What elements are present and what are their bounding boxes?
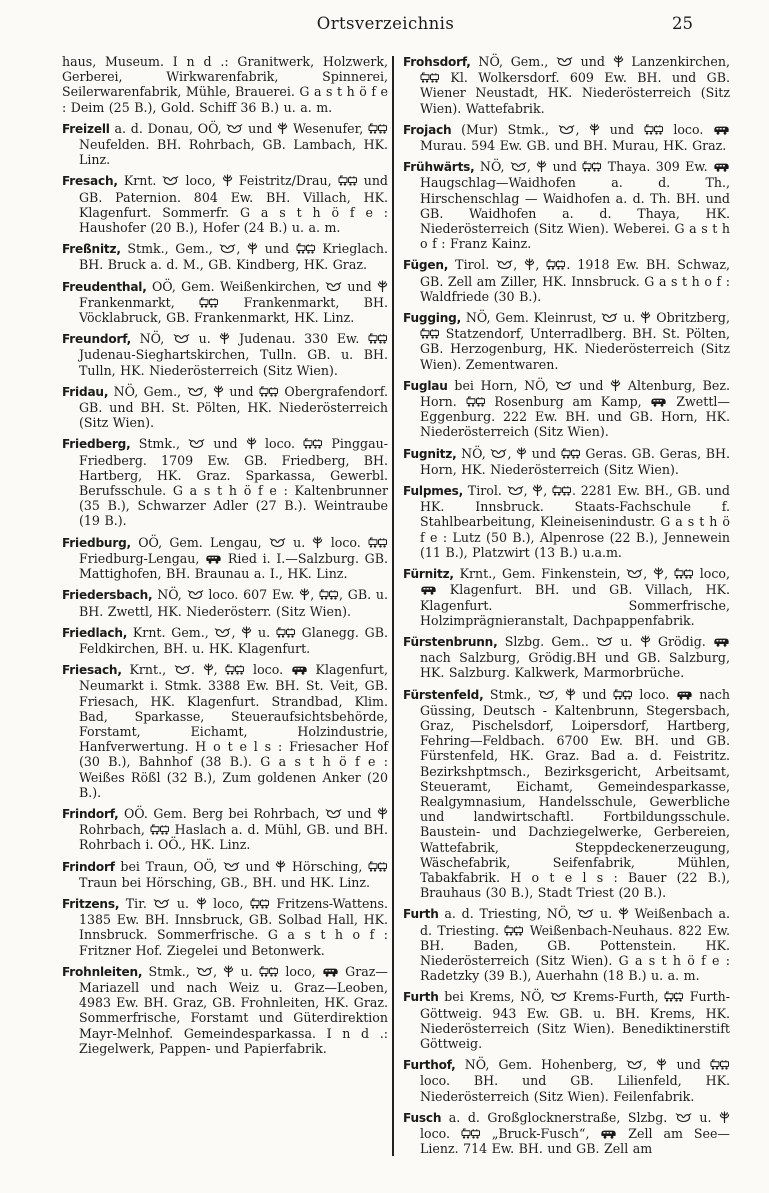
telegraph-icon [610,379,621,391]
railway-station-icon [546,259,566,270]
page-title: Ortsverzeichnis [317,14,454,33]
entry-headword: Furth [403,907,439,921]
entry-headword: Friedersbach, [62,588,152,602]
telegraph-icon [223,965,234,977]
railway-station-icon [303,438,323,449]
post-horn-icon [626,1059,643,1070]
entry-headword: Fresach, [62,174,118,188]
entry-headword: Fulpmes, [403,484,463,498]
bus-line-icon [713,637,730,647]
entry-headword: Fürstenbrunn, [403,635,497,649]
railway-station-icon [225,664,245,675]
post-horn-icon [187,386,204,397]
entry-headword: Frindorf [62,860,115,874]
railway-station-icon [338,175,358,186]
telegraph-icon [653,567,664,579]
railway-station-icon [368,123,388,134]
page-header: Ortsverzeichnis 25 [62,12,733,38]
entry-headword: Freizell [62,122,110,136]
railway-station-icon [710,1059,730,1070]
post-horn-icon [226,123,243,134]
telegraph-icon [613,55,624,67]
railway-station-icon [368,861,388,872]
telegraph-icon [719,1111,730,1123]
railway-station-icon [582,161,602,172]
telegraph-icon [247,242,258,254]
directory-entry: Fulpmes, Tirol. , , . 2281 Ew. BH., GB. … [403,483,730,560]
telegraph-icon [524,258,535,270]
post-horn-icon [325,281,342,292]
post-horn-icon [596,636,613,647]
bus-line-icon [713,125,730,135]
entry-headword: Frojach [403,123,451,137]
directory-entry: Fügen, Tirol. , , . 1918 Ew. BH. Schwaz,… [403,257,730,304]
telegraph-icon [222,174,233,186]
telegraph-icon [640,635,651,647]
directory-entry: Furth bei Krems, NÖ, Krems-Furth, Furth-… [403,989,730,1051]
railway-station-icon [664,991,684,1002]
telegraph-icon [196,897,207,909]
entry-headword: Fügen, [403,258,448,272]
post-horn-icon [153,898,170,909]
entry-headword: Fridau, [62,385,108,399]
railway-station-icon [150,824,170,835]
post-horn-icon [556,56,573,67]
directory-entry: Friedersbach, NÖ, loco. 607 Ew. , , GB. … [62,587,388,618]
directory-entry: Freizell a. d. Donau, OÖ, und Wesenufer,… [62,121,388,168]
railway-station-icon [259,386,279,397]
railway-station-icon [199,297,219,308]
directory-entry: Fresach, Krnt. loco, Feistritz/Drau, und… [62,173,388,235]
directory-entry: Fürstenbrunn, Slzbg. Gem.. u. Grödig. na… [403,634,730,681]
directory-entry: Fridau, NÖ, Gem., , und Obergrafendorf. … [62,384,388,431]
telegraph-icon [277,122,288,134]
railway-station-icon [613,689,633,700]
directory-entry: Fusch a. d. Großglocknerstraße, Slzbg. u… [403,1110,730,1157]
railway-station-icon [561,448,581,459]
directory-entry: Furthof, NÖ, Gem. Hohenberg, , und loco.… [403,1057,730,1104]
post-horn-icon [577,908,594,919]
directory-entry: Fürstenfeld, Stmk., , und loco. nach Güs… [403,687,730,901]
railway-station-icon [259,966,279,977]
telegraph-icon [377,807,388,819]
entry-headword: Fürnitz, [403,567,454,581]
post-horn-icon [538,689,555,700]
directory-entry: Fugnitz, NÖ, , und Geras. GB. Geras, BH.… [403,446,730,477]
entry-headword: Fugnitz, [403,447,457,461]
telegraph-icon [241,626,252,638]
telegraph-icon [246,437,257,449]
telegraph-icon [536,160,547,172]
entry-headword: Fürstenfeld, [403,688,484,702]
directory-entry: Furth a. d. Triesting, NÖ, u. Weißenbach… [403,906,730,983]
directory-entry: Freßnitz, Stmk., Gem., , und Krieglach. … [62,241,388,272]
post-horn-icon [162,175,179,186]
post-horn-icon [196,966,213,977]
entry-headword: Fritzens, [62,897,119,911]
entry-headword: Frohnleiten, [62,965,142,979]
bus-line-icon [420,585,437,595]
railway-station-icon [420,328,440,339]
gazetteer-page: Ortsverzeichnis 25 haus, Museum. I n d .… [0,0,769,1193]
entry-headword: Frohsdorf, [403,55,471,69]
post-horn-icon [325,808,342,819]
post-horn-icon [626,568,643,579]
telegraph-icon [565,688,576,700]
entry-headword: Frühwärts, [403,160,475,174]
post-horn-icon [496,259,513,270]
telegraph-icon [516,447,527,459]
post-horn-icon [510,161,527,172]
telegraph-icon [275,860,286,872]
telegraph-icon [299,588,310,600]
post-horn-icon [223,861,240,872]
entry-headword: Friedberg, [62,437,131,451]
directory-entry: Frühwärts, NÖ, , und Thaya. 309 Ew. Haug… [403,159,730,251]
post-horn-icon [174,664,191,675]
post-horn-icon [555,380,572,391]
bus-line-icon [676,690,693,700]
railway-station-icon [296,243,316,254]
directory-entry: Frindorf bei Traun, OÖ, und Hörsching, T… [62,859,388,890]
railway-station-icon [368,537,388,548]
directory-entry: Freundorf, NÖ, u. Judenau. 330 Ew. Juden… [62,331,388,378]
directory-entry: Frohsdorf, NÖ, Gem., und Lanzenkirchen, … [403,54,730,116]
bus-line-icon [600,1129,617,1139]
bus-line-icon [205,554,222,564]
railway-station-icon [674,568,694,579]
directory-entry: Freudenthal, OÖ, Gem. Weißenkirchen, und… [62,279,388,326]
directory-entry: Fritzens, Tir. u. loco, Fritzens-Wattens… [62,896,388,958]
railway-station-icon [368,333,388,344]
directory-entry: Frohnleiten, Stmk., , u. loco, Graz—Mari… [62,964,388,1056]
entry-headword: Fugging, [403,311,461,325]
entry-headword: Freudenthal, [62,280,147,294]
telegraph-icon [618,907,629,919]
column-divider [392,56,394,1156]
railway-station-icon [250,898,270,909]
railway-station-icon [552,485,572,496]
telegraph-icon [532,484,543,496]
railway-station-icon [466,396,486,407]
telegraph-icon [377,280,388,292]
railway-station-icon [319,589,339,600]
post-horn-icon [507,485,524,496]
entry-headword: Fuglau [403,379,448,393]
telegraph-icon [213,385,224,397]
railway-station-icon [504,925,524,936]
bus-line-icon [650,397,667,407]
post-horn-icon [173,333,190,344]
post-horn-icon [601,312,618,323]
post-horn-icon [490,448,507,459]
railway-station-icon [420,72,440,83]
bus-line-icon [322,967,339,977]
railway-station-icon [461,1128,481,1139]
telegraph-icon [219,332,230,344]
bus-line-icon [291,665,308,675]
bus-line-icon [713,162,730,172]
entry-headword: Freundorf, [62,332,131,346]
directory-entry: Fürnitz, Krnt., Gem. Finkenstein, , , lo… [403,566,730,628]
directory-entry: Friedlach, Krnt. Gem., , u. Glanegg. GB.… [62,625,388,656]
post-horn-icon [219,243,236,254]
post-horn-icon [558,124,575,135]
entry-headword: Friesach, [62,663,122,677]
post-horn-icon [214,627,231,638]
entry-headword: Furthof, [403,1058,456,1072]
directory-entry: Friedburg, OÖ, Gem. Lengau, u. loco. Fri… [62,535,388,582]
post-horn-icon [269,537,286,548]
text-columns: haus, Museum. I n d .: Granitwerk, Holzw… [62,54,733,1162]
post-horn-icon [187,589,204,600]
directory-entry: Friedberg, Stmk., und loco. Pinggau-Frie… [62,436,388,528]
telegraph-icon [312,536,323,548]
post-horn-icon [550,991,567,1002]
directory-entry: Friesach, Krnt., . , loco. Klagenfurt, N… [62,662,388,800]
telegraph-icon [589,123,600,135]
entry-headword: Furth [403,990,439,1004]
page-number: 25 [672,12,693,36]
telegraph-icon [203,663,214,675]
railway-station-icon [276,627,296,638]
entry-headword: Frindorf, [62,807,119,821]
directory-entry: Fugging, NÖ, Gem. Kleinrust, u. Obritzbe… [403,310,730,372]
entry-headword: Friedlach, [62,626,127,640]
entry-headword: Friedburg, [62,536,131,550]
entry-headword: Freßnitz, [62,242,121,256]
post-horn-icon [675,1112,692,1123]
directory-entry: Fuglau bei Horn, NÖ, und Altenburg, Bez.… [403,378,730,440]
directory-entry: Frojach (Mur) Stmk., , und loco. Murau. … [403,122,730,153]
directory-entry: haus, Museum. I n d .: Granitwerk, Holzw… [62,54,388,115]
left-column: haus, Museum. I n d .: Granitwerk, Holzw… [62,54,388,1162]
post-horn-icon [188,438,205,449]
telegraph-icon [656,1058,667,1070]
telegraph-icon [640,311,651,323]
entry-headword: Fusch [403,1111,441,1125]
right-column: Frohsdorf, NÖ, Gem., und Lanzenkirchen, … [403,54,730,1162]
directory-entry: Frindorf, OÖ. Gem. Berg bei Rohrbach, un… [62,806,388,853]
railway-station-icon [644,124,664,135]
